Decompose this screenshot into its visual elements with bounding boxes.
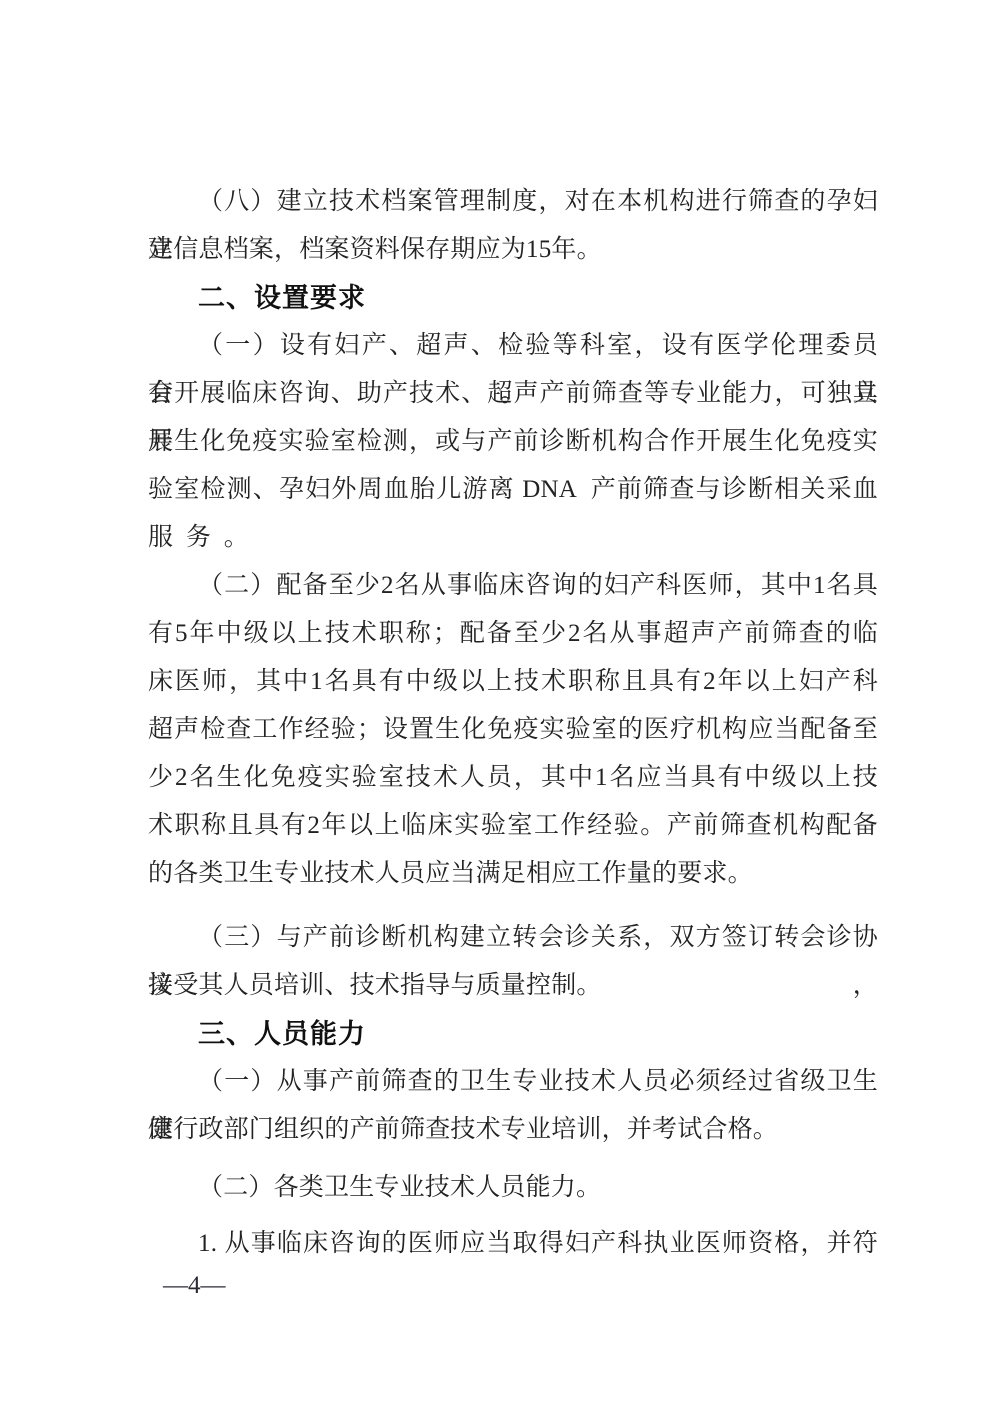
text-line: 少2名生化免疫实验室技术人员，其中1名应当具有中级以上技: [148, 754, 878, 802]
text-line: （二）配备至少2名从事临床咨询的妇产科医师，其中1名具: [148, 562, 878, 610]
text-line: 有5年中级以上技术职称；配备至少2名从事超声产前筛查的临: [148, 610, 878, 658]
text-line: （八）建立技术档案管理制度，对在本机构进行筛查的孕妇建: [148, 178, 878, 226]
paragraph: （一）从事产前筛查的卫生专业技术人员必须经过省级卫生健康行政部门组织的产前筛查技…: [148, 1058, 878, 1154]
text-line: （三）与产前诊断机构建立转会诊关系，双方签订转会诊协议，: [148, 914, 878, 962]
text-line: 服 务 。: [148, 514, 878, 562]
paragraph: （二）配备至少2名从事临床咨询的妇产科医师，其中1名具有5年中级以上技术职称；配…: [148, 562, 878, 898]
text-line: 的各类卫生专业技术人员应当满足相应工作量的要求。: [148, 850, 878, 898]
text-line: （一）设有妇产、超声、检验等科室，设有医学伦理委员会。具: [148, 322, 878, 370]
text-line: 康行政部门组织的产前筛查技术专业培训，并考试合格。: [148, 1106, 878, 1154]
text-line: 术职称且具有2年以上临床实验室工作经验。产前筛查机构配备: [148, 802, 878, 850]
text-line: （二）各类卫生专业技术人员能力。: [148, 1164, 878, 1212]
text-line: 有开展临床咨询、助产技术、超声产前筛查等专业能力，可独立开: [148, 370, 878, 418]
text-line: 超声检查工作经验；设置生化免疫实验室的医疗机构应当配备至: [148, 706, 878, 754]
document-body: （八）建立技术档案管理制度，对在本机构进行筛查的孕妇建立信息档案，档案资料保存期…: [148, 178, 878, 1268]
section-heading: 二、设置要求: [148, 274, 878, 322]
paragraph: （八）建立技术档案管理制度，对在本机构进行筛查的孕妇建立信息档案，档案资料保存期…: [148, 178, 878, 274]
text-line: 立信息档案，档案资料保存期应为15年。: [148, 226, 878, 274]
section-heading: 三、人员能力: [148, 1010, 878, 1058]
text-line: 验室检测、孕妇外周血胎儿游离 DNA 产前筛查与诊断相关采血: [148, 466, 878, 514]
paragraph: （三）与产前诊断机构建立转会诊关系，双方签订转会诊协议，接受其人员培训、技术指导…: [148, 914, 878, 1010]
paragraph: （一）设有妇产、超声、检验等科室，设有医学伦理委员会。具有开展临床咨询、助产技术…: [148, 322, 878, 562]
text-line: 床医师，其中1名具有中级以上技术职称且具有2年以上妇产科: [148, 658, 878, 706]
text-line: 展生化免疫实验室检测，或与产前诊断机构合作开展生化免疫实: [148, 418, 878, 466]
paragraph: 1. 从事临床咨询的医师应当取得妇产科执业医师资格，并符: [148, 1220, 878, 1268]
document-page: （八）建立技术档案管理制度，对在本机构进行筛查的孕妇建立信息档案，档案资料保存期…: [0, 0, 1000, 1423]
text-line: （一）从事产前筛查的卫生专业技术人员必须经过省级卫生健: [148, 1058, 878, 1106]
text-line: 1. 从事临床咨询的医师应当取得妇产科执业医师资格，并符: [148, 1220, 878, 1268]
page-number: —4—: [163, 1266, 226, 1306]
paragraph: （二）各类卫生专业技术人员能力。: [148, 1164, 878, 1212]
